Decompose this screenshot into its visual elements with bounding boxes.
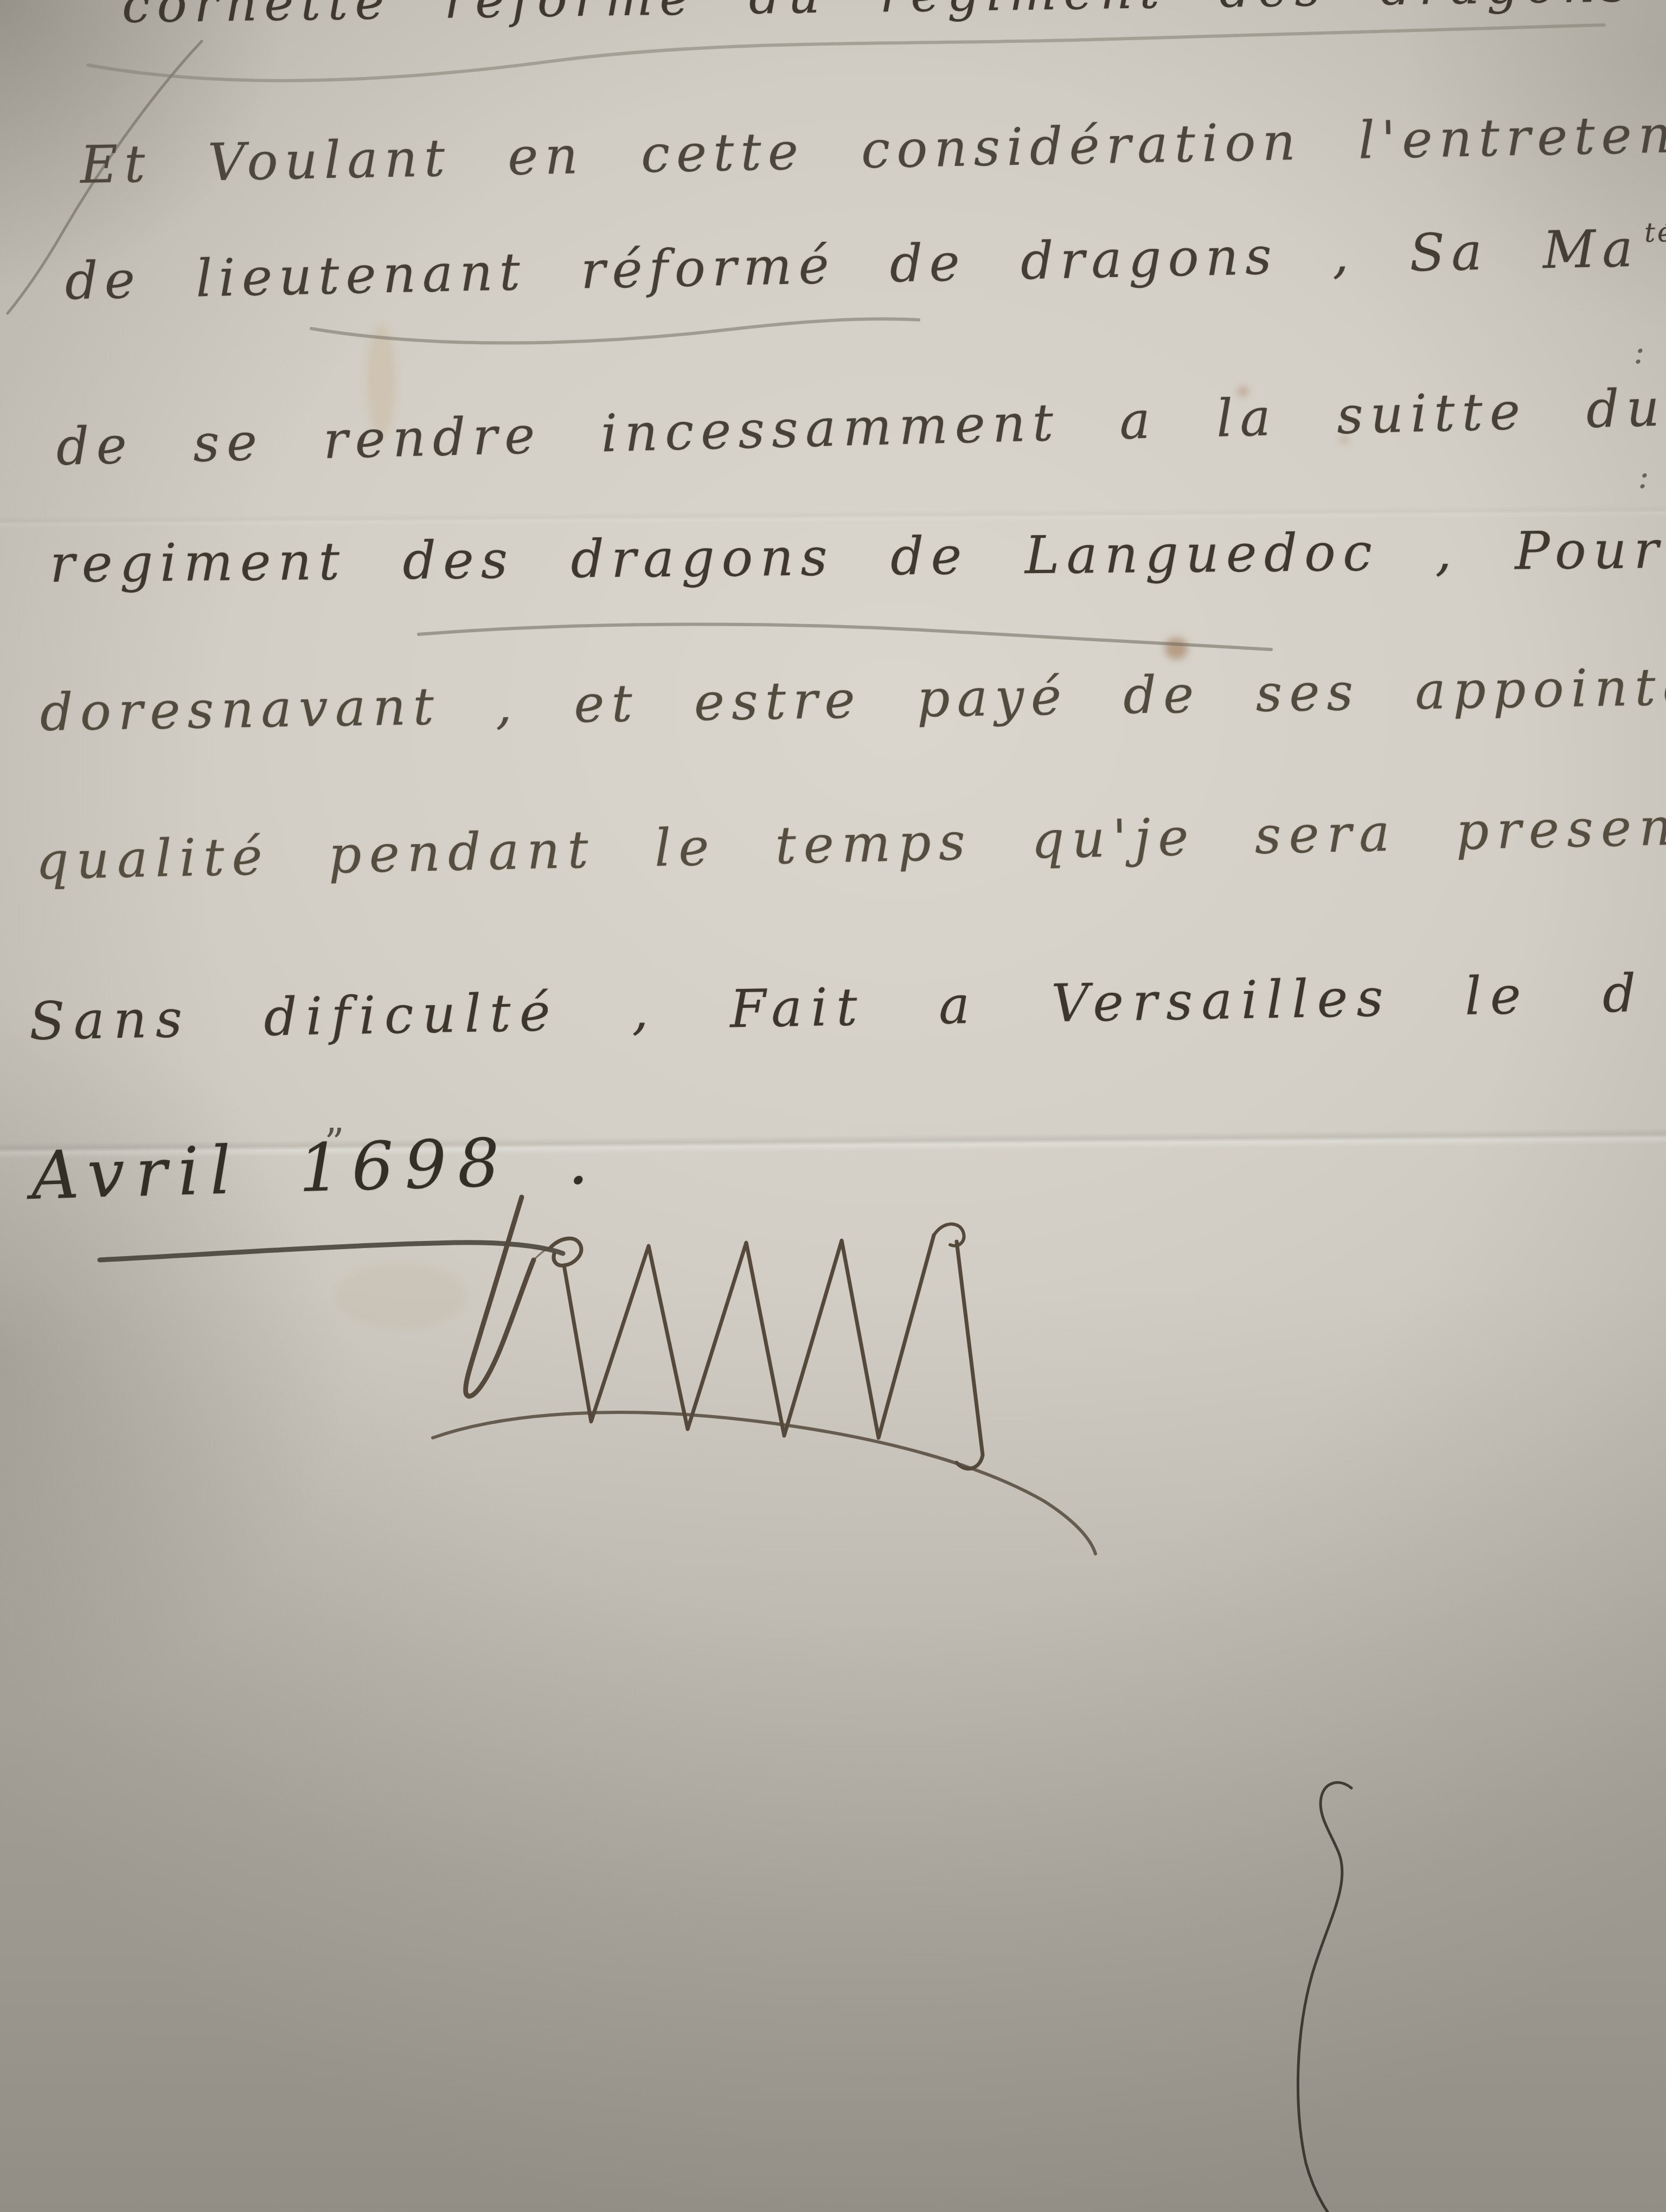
manuscript-line-6: doresnavant , et estre payé de ses appoi… [40, 659, 1666, 739]
underline-flourish-line5 [419, 625, 1271, 650]
underline-flourish-line3 [311, 319, 919, 343]
manuscript-line-5: regiment des dragons de Languedoc , Pour… [49, 523, 1666, 590]
manuscript-page: cornette réformé du régiment des dragons… [0, 0, 1666, 2212]
louis-signature [433, 1197, 1095, 1554]
ink-flourishes [0, 0, 1666, 2212]
paper-stain [336, 1263, 466, 1328]
edge-ink-mark: : [1638, 456, 1649, 496]
date-line: Avril 1698 . [30, 1127, 600, 1209]
superscript-te: té [1644, 216, 1666, 248]
manuscript-line-1: cornette réformé du régiment des dragons… [121, 0, 1666, 30]
underline-1698 [100, 1243, 563, 1260]
bottom-right-flourish [1298, 1783, 1351, 2212]
underline-flourish-top [88, 25, 1604, 81]
ink-stain-spot [1165, 638, 1188, 659]
edge-ink-mark: : [1633, 332, 1645, 371]
signature-flourish [433, 1412, 1095, 1554]
line-3-text: de lieutenant réformé de dragons , Sa Ma [65, 219, 1640, 312]
manuscript-line-3: de lieutenant réformé de dragons , Sa Ma… [65, 217, 1666, 308]
manuscript-line-7: qualité pendant le temps qu'je sera pres… [35, 802, 1666, 888]
manuscript-line-8: Sans dificulté , Fait a Versailles le d [29, 967, 1645, 1047]
manuscript-line-2: Et Voulant en cette considération l'entr… [80, 108, 1666, 191]
ditto-mark: ” [324, 1120, 344, 1166]
manuscript-line-4: de se rendre incessamment a la suitte du… [56, 380, 1666, 473]
